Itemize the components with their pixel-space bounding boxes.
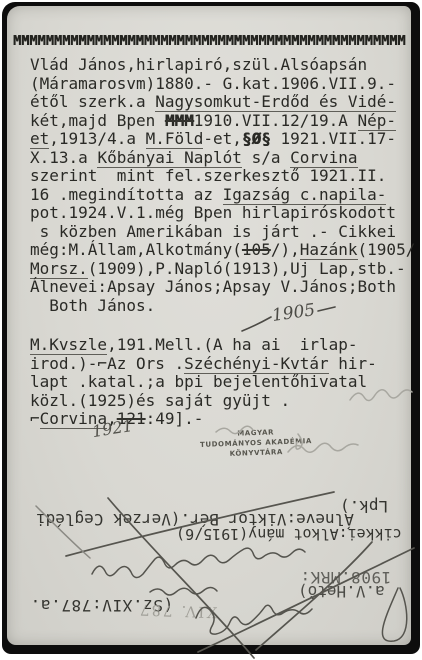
typed-line: Vlád János,hirlapiró,szül.Alsóapsán bbox=[30, 56, 415, 75]
typed-line: Both János. bbox=[30, 297, 415, 316]
flipped-typed-line: cikkei:Alkot mány(1915/6) bbox=[176, 525, 402, 543]
typed-segment: s közben Amerikában is járt .- Cikkei bbox=[30, 222, 396, 241]
typed-segment: Vlád János,hirlapiró,szül.Alsóapsán bbox=[30, 55, 367, 74]
typed-segment: lapt .katal.;a bpi bejelentőhivatal bbox=[30, 372, 367, 391]
typed-segment: még:M.Állam,Alkotmány( bbox=[30, 240, 242, 259]
typed-segment: közl.(1925)és saját gyüjt . bbox=[30, 391, 290, 410]
typed-segment: §Ø§ bbox=[242, 129, 271, 148]
typed-line: szerint mint fel.szerkesztő 1921.II. bbox=[30, 167, 415, 186]
typed-line: et,1913/4.a M.Föld-et,§Ø§ 1921.VII.17- bbox=[30, 130, 415, 149]
typed-line: M.Kvszle,191.Mell.(A ha ai irlap- bbox=[30, 336, 377, 355]
typed-segment: Széchényi-Kvtár bbox=[184, 354, 329, 374]
typed-segment: ⌐ bbox=[30, 409, 40, 428]
typed-segment: Igazság c.napila- bbox=[223, 185, 387, 205]
typed-segment: hir- bbox=[329, 354, 377, 373]
typed-segment: /), bbox=[271, 240, 300, 259]
library-stamp: MAGYAR TUDOMÁNYOS AKADÉMIA KÖNYVTÁRA bbox=[196, 426, 317, 460]
typed-segment: pot.1924.V.1.még Bpen hirlapiróskodott bbox=[30, 203, 396, 222]
typed-segment: szerint mint fel.szerkesztő 1921.II. bbox=[30, 166, 386, 185]
typed-segment: Nagysomkut-Erdőd és Vidé- bbox=[155, 92, 396, 112]
typed-segment: Álnevei:Apsay János;Apsay V.János;Both bbox=[30, 277, 396, 296]
typed-line: még:M.Állam,Alkotmány(105/),Hazánk(1905/ bbox=[30, 241, 415, 260]
typed-segment: -et, bbox=[203, 129, 242, 148]
typed-segment: két,majd Bpen bbox=[30, 111, 165, 130]
typed-segment: MMM bbox=[165, 111, 194, 130]
typed-line: két,majd Bpen MMM1910.VII.12/19.A Nép- bbox=[30, 112, 415, 131]
typed-block-1: Vlád János,hirlapiró,szül.Alsóapsán(Mára… bbox=[30, 56, 415, 315]
typed-segment: M.Föld bbox=[146, 129, 204, 149]
typed-line: étől szerk.a Nagysomkut-Erdőd és Vidé- bbox=[30, 93, 415, 112]
typed-segment: et bbox=[30, 129, 49, 149]
typed-line: (Máramarosvm)1880.- G.kat.1906.VII.9.- bbox=[30, 75, 415, 94]
typed-line: pot.1924.V.1.még Bpen hirlapiróskodott bbox=[30, 204, 415, 223]
flipped-typed-line: a.V.Hető) bbox=[298, 582, 385, 601]
typed-segment: X.13.a bbox=[30, 148, 97, 167]
typed-line: X.13.a Kőbányai Naplót s/a Corvina bbox=[30, 149, 415, 168]
typed-segment: (1909),P.Napló(1913),Uj Lap,stb.- bbox=[88, 259, 406, 278]
typed-segment: irod.)-⌐Az Ors . bbox=[30, 354, 184, 373]
scanned-catalog-card-page: { "card": { "m_row": "MMMMMMMMMMMMMMMMMM… bbox=[0, 0, 422, 660]
typed-segment: :49].- bbox=[146, 409, 204, 428]
typed-segment: Corvina bbox=[290, 148, 357, 168]
typed-segment: M.Kvszle bbox=[30, 335, 107, 355]
typed-line: ⌐Corvina,121:49].- bbox=[30, 410, 377, 429]
typed-segment: (Máramarosvm)1880.- G.kat.1906.VII.9.- bbox=[30, 74, 396, 93]
typed-segment: 16 .megindította az bbox=[30, 185, 223, 204]
typed-segment: 105 bbox=[242, 240, 271, 259]
typed-segment: Kőbányai Naplót bbox=[97, 148, 242, 168]
typed-line: irod.)-⌐Az Ors .Széchényi-Kvtár hir- bbox=[30, 355, 377, 374]
typed-segment: Morsz. bbox=[30, 259, 88, 279]
typed-segment: Both János. bbox=[30, 296, 155, 315]
typed-segment: ,1913/4.a bbox=[49, 129, 145, 148]
typed-segment: Nép- bbox=[358, 111, 397, 131]
typewriter-test-row: MMMMMMMMMMMMMMMMMMMMMMMMMMMMMMMMMMMMMMMM… bbox=[13, 33, 413, 49]
typed-segment: 1910.VII.12/19.A bbox=[194, 111, 358, 130]
typed-line: s közben Amerikában is járt .- Cikkei bbox=[30, 223, 415, 242]
typed-segment: étől szerk.a bbox=[30, 92, 155, 111]
typed-line: 16 .megindította az Igazság c.napila- bbox=[30, 186, 415, 205]
typed-line: közl.(1925)és saját gyüjt . bbox=[30, 392, 377, 411]
typed-line: Morsz.(1909),P.Napló(1913),Uj Lap,stb.- bbox=[30, 260, 415, 279]
typed-line: Álnevei:Apsay János;Apsay V.János;Both bbox=[30, 278, 415, 297]
typed-block-2: M.Kvszle,191.Mell.(A ha ai irlap-irod.)-… bbox=[30, 336, 377, 429]
typed-segment: s/a bbox=[242, 148, 290, 167]
pencil-shelfmark: XIV. 787 bbox=[138, 601, 218, 622]
typed-line: lapt .katal.;a bpi bejelentőhivatal bbox=[30, 373, 377, 392]
typed-segment: ,191.Mell.(A ha ai irlap- bbox=[107, 335, 357, 354]
typed-segment: 1921.VII.17- bbox=[271, 129, 396, 148]
typed-segment: (1905/ bbox=[358, 240, 416, 259]
typed-segment: Hazánk bbox=[300, 240, 358, 260]
